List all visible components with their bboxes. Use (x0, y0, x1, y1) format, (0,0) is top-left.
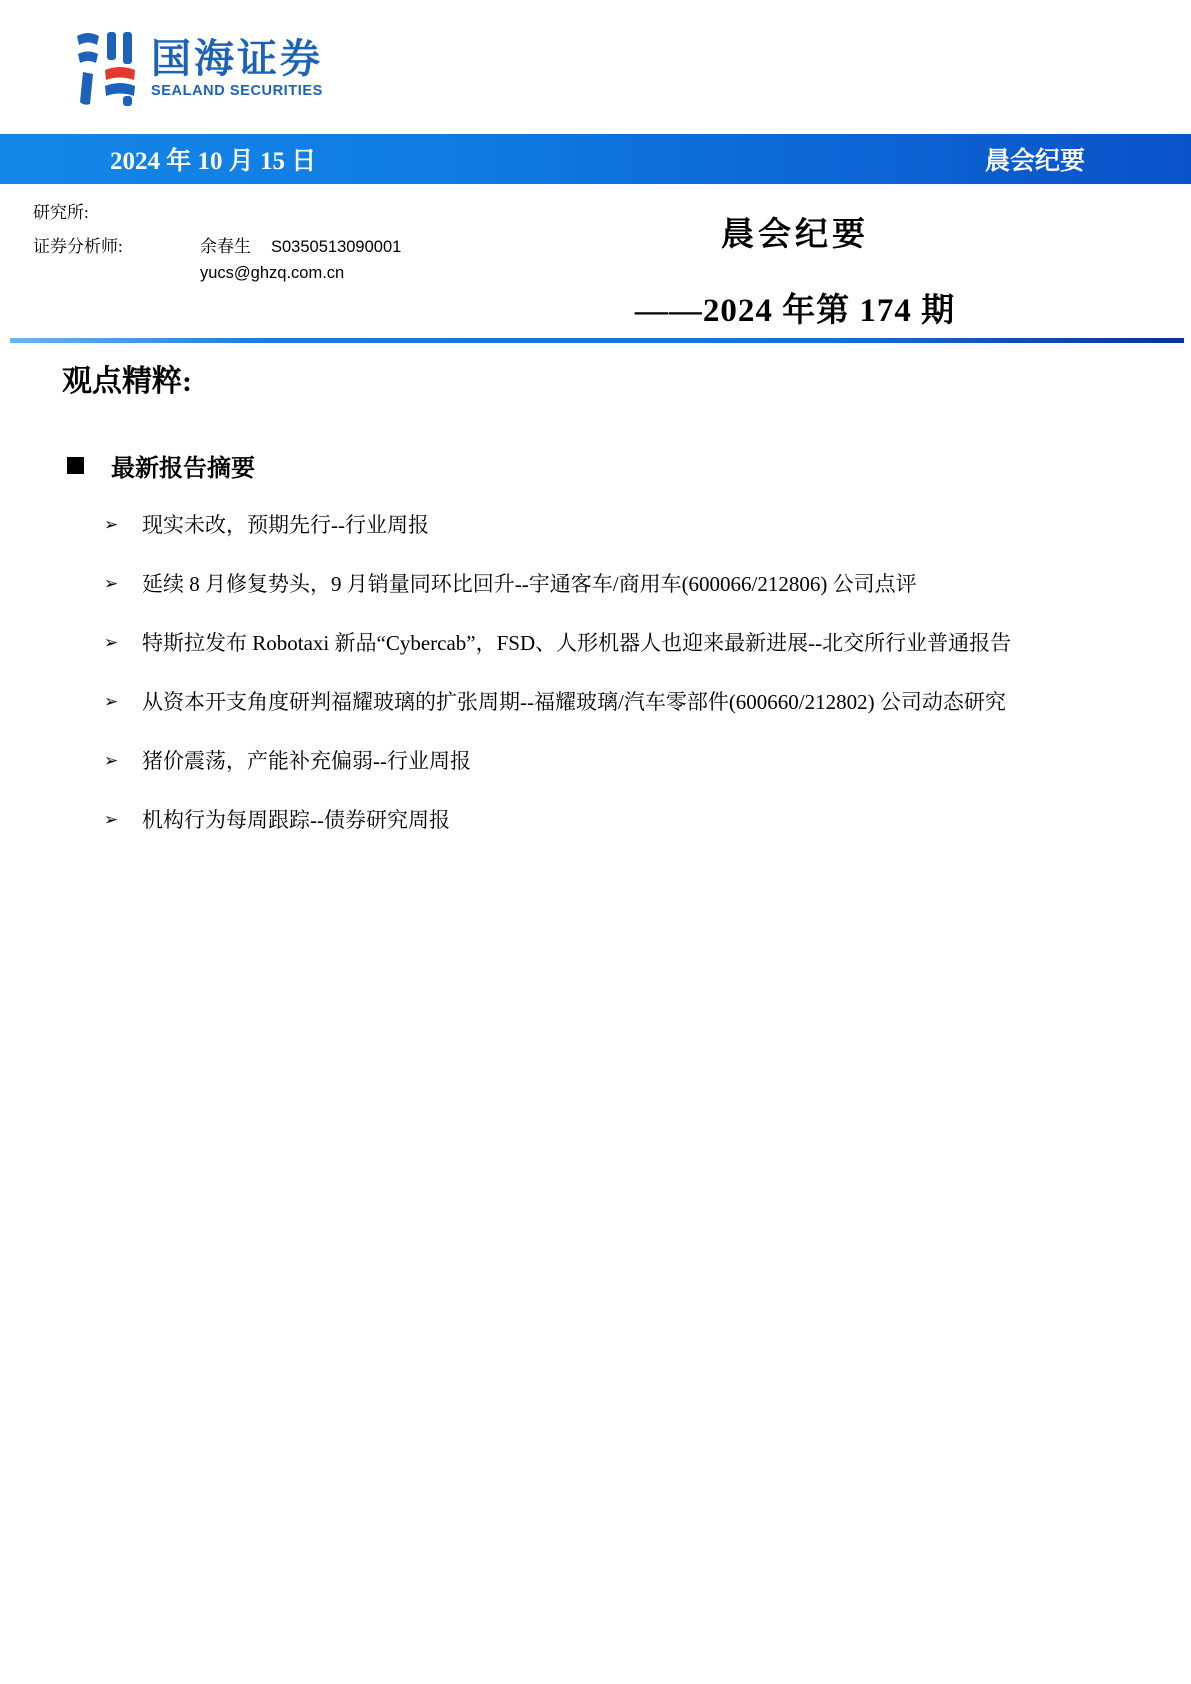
list-item: ➢ 机构行为每周跟踪--债券研究周报 (104, 807, 1134, 833)
institute-label: 研究所: (33, 198, 200, 223)
list-item-text: 从资本开支角度研判福耀玻璃的扩张周期--福耀玻璃/汽车零部件(600660/21… (142, 689, 1006, 715)
header-banner: 2024 年 10 月 15 日 晨会纪要 (0, 134, 1191, 184)
document-issue: ——2024 年第 174 期 (580, 284, 1010, 331)
institute-row: 研究所: (33, 198, 401, 223)
brand-logo-text: 国海证券 SEALAND SECURITIES (151, 37, 323, 99)
summary-list: ➢ 现实未改，预期先行--行业周报 ➢ 延续 8 月修复势头，9 月销量同环比回… (104, 512, 1134, 866)
list-item: ➢ 猪价震荡，产能补充偏弱--行业周报 (104, 748, 1134, 774)
sealand-logo-icon (75, 30, 137, 106)
group-heading-label: 最新报告摘要 (111, 448, 255, 483)
header-divider (10, 338, 1184, 343)
arrow-bullet-icon: ➢ (104, 630, 142, 656)
arrow-bullet-icon: ➢ (104, 748, 142, 774)
report-page: 国海证券 SEALAND SECURITIES 2024 年 10 月 15 日… (0, 0, 1191, 1684)
list-item: ➢ 现实未改，预期先行--行业周报 (104, 512, 1134, 538)
analyst-meta-block: 研究所: 证券分析师: 余春生 S0350513090001 yucs@ghzq… (33, 198, 401, 292)
group-heading: 最新报告摘要 (67, 448, 255, 483)
brand-logo: 国海证券 SEALAND SECURITIES (75, 30, 323, 106)
list-item-text: 机构行为每周跟踪--债券研究周报 (142, 807, 450, 833)
list-item-text: 特斯拉发布 Robotaxi 新品“Cybercab”，FSD、人形机器人也迎来… (142, 630, 1011, 656)
list-item: ➢ 延续 8 月修复势头，9 月销量同环比回升--宇通客车/商用车(600066… (104, 571, 1134, 597)
section-title: 观点精粹: (62, 356, 192, 400)
document-title-block: 晨会纪要 ——2024 年第 174 期 (580, 208, 1010, 331)
arrow-bullet-icon: ➢ (104, 512, 142, 538)
arrow-bullet-icon: ➢ (104, 807, 142, 833)
document-title: 晨会纪要 (580, 208, 1010, 255)
brand-name-en: SEALAND SECURITIES (151, 83, 323, 99)
banner-report-type: 晨会纪要 (985, 141, 1085, 177)
report-date: 2024 年 10 月 15 日 (110, 141, 316, 177)
analyst-label: 证券分析师: (33, 232, 200, 257)
list-item: ➢ 特斯拉发布 Robotaxi 新品“Cybercab”，FSD、人形机器人也… (104, 630, 1134, 656)
list-item-text: 现实未改，预期先行--行业周报 (142, 512, 429, 538)
analyst-row: 证券分析师: 余春生 S0350513090001 (33, 232, 401, 257)
square-bullet-icon (67, 457, 84, 474)
list-item: ➢ 从资本开支角度研判福耀玻璃的扩张周期--福耀玻璃/汽车零部件(600660/… (104, 689, 1134, 715)
list-item-text: 猪价震荡，产能补充偏弱--行业周报 (142, 748, 471, 774)
analyst-email: yucs@ghzq.com.cn (200, 264, 344, 283)
analyst-license-id: S0350513090001 (271, 238, 401, 257)
brand-name-cn: 国海证券 (151, 37, 323, 81)
analyst-email-row: yucs@ghzq.com.cn (200, 264, 401, 283)
arrow-bullet-icon: ➢ (104, 571, 142, 597)
list-item-text: 延续 8 月修复势头，9 月销量同环比回升--宇通客车/商用车(600066/2… (142, 571, 917, 597)
analyst-name: 余春生 (200, 232, 251, 257)
arrow-bullet-icon: ➢ (104, 689, 142, 715)
